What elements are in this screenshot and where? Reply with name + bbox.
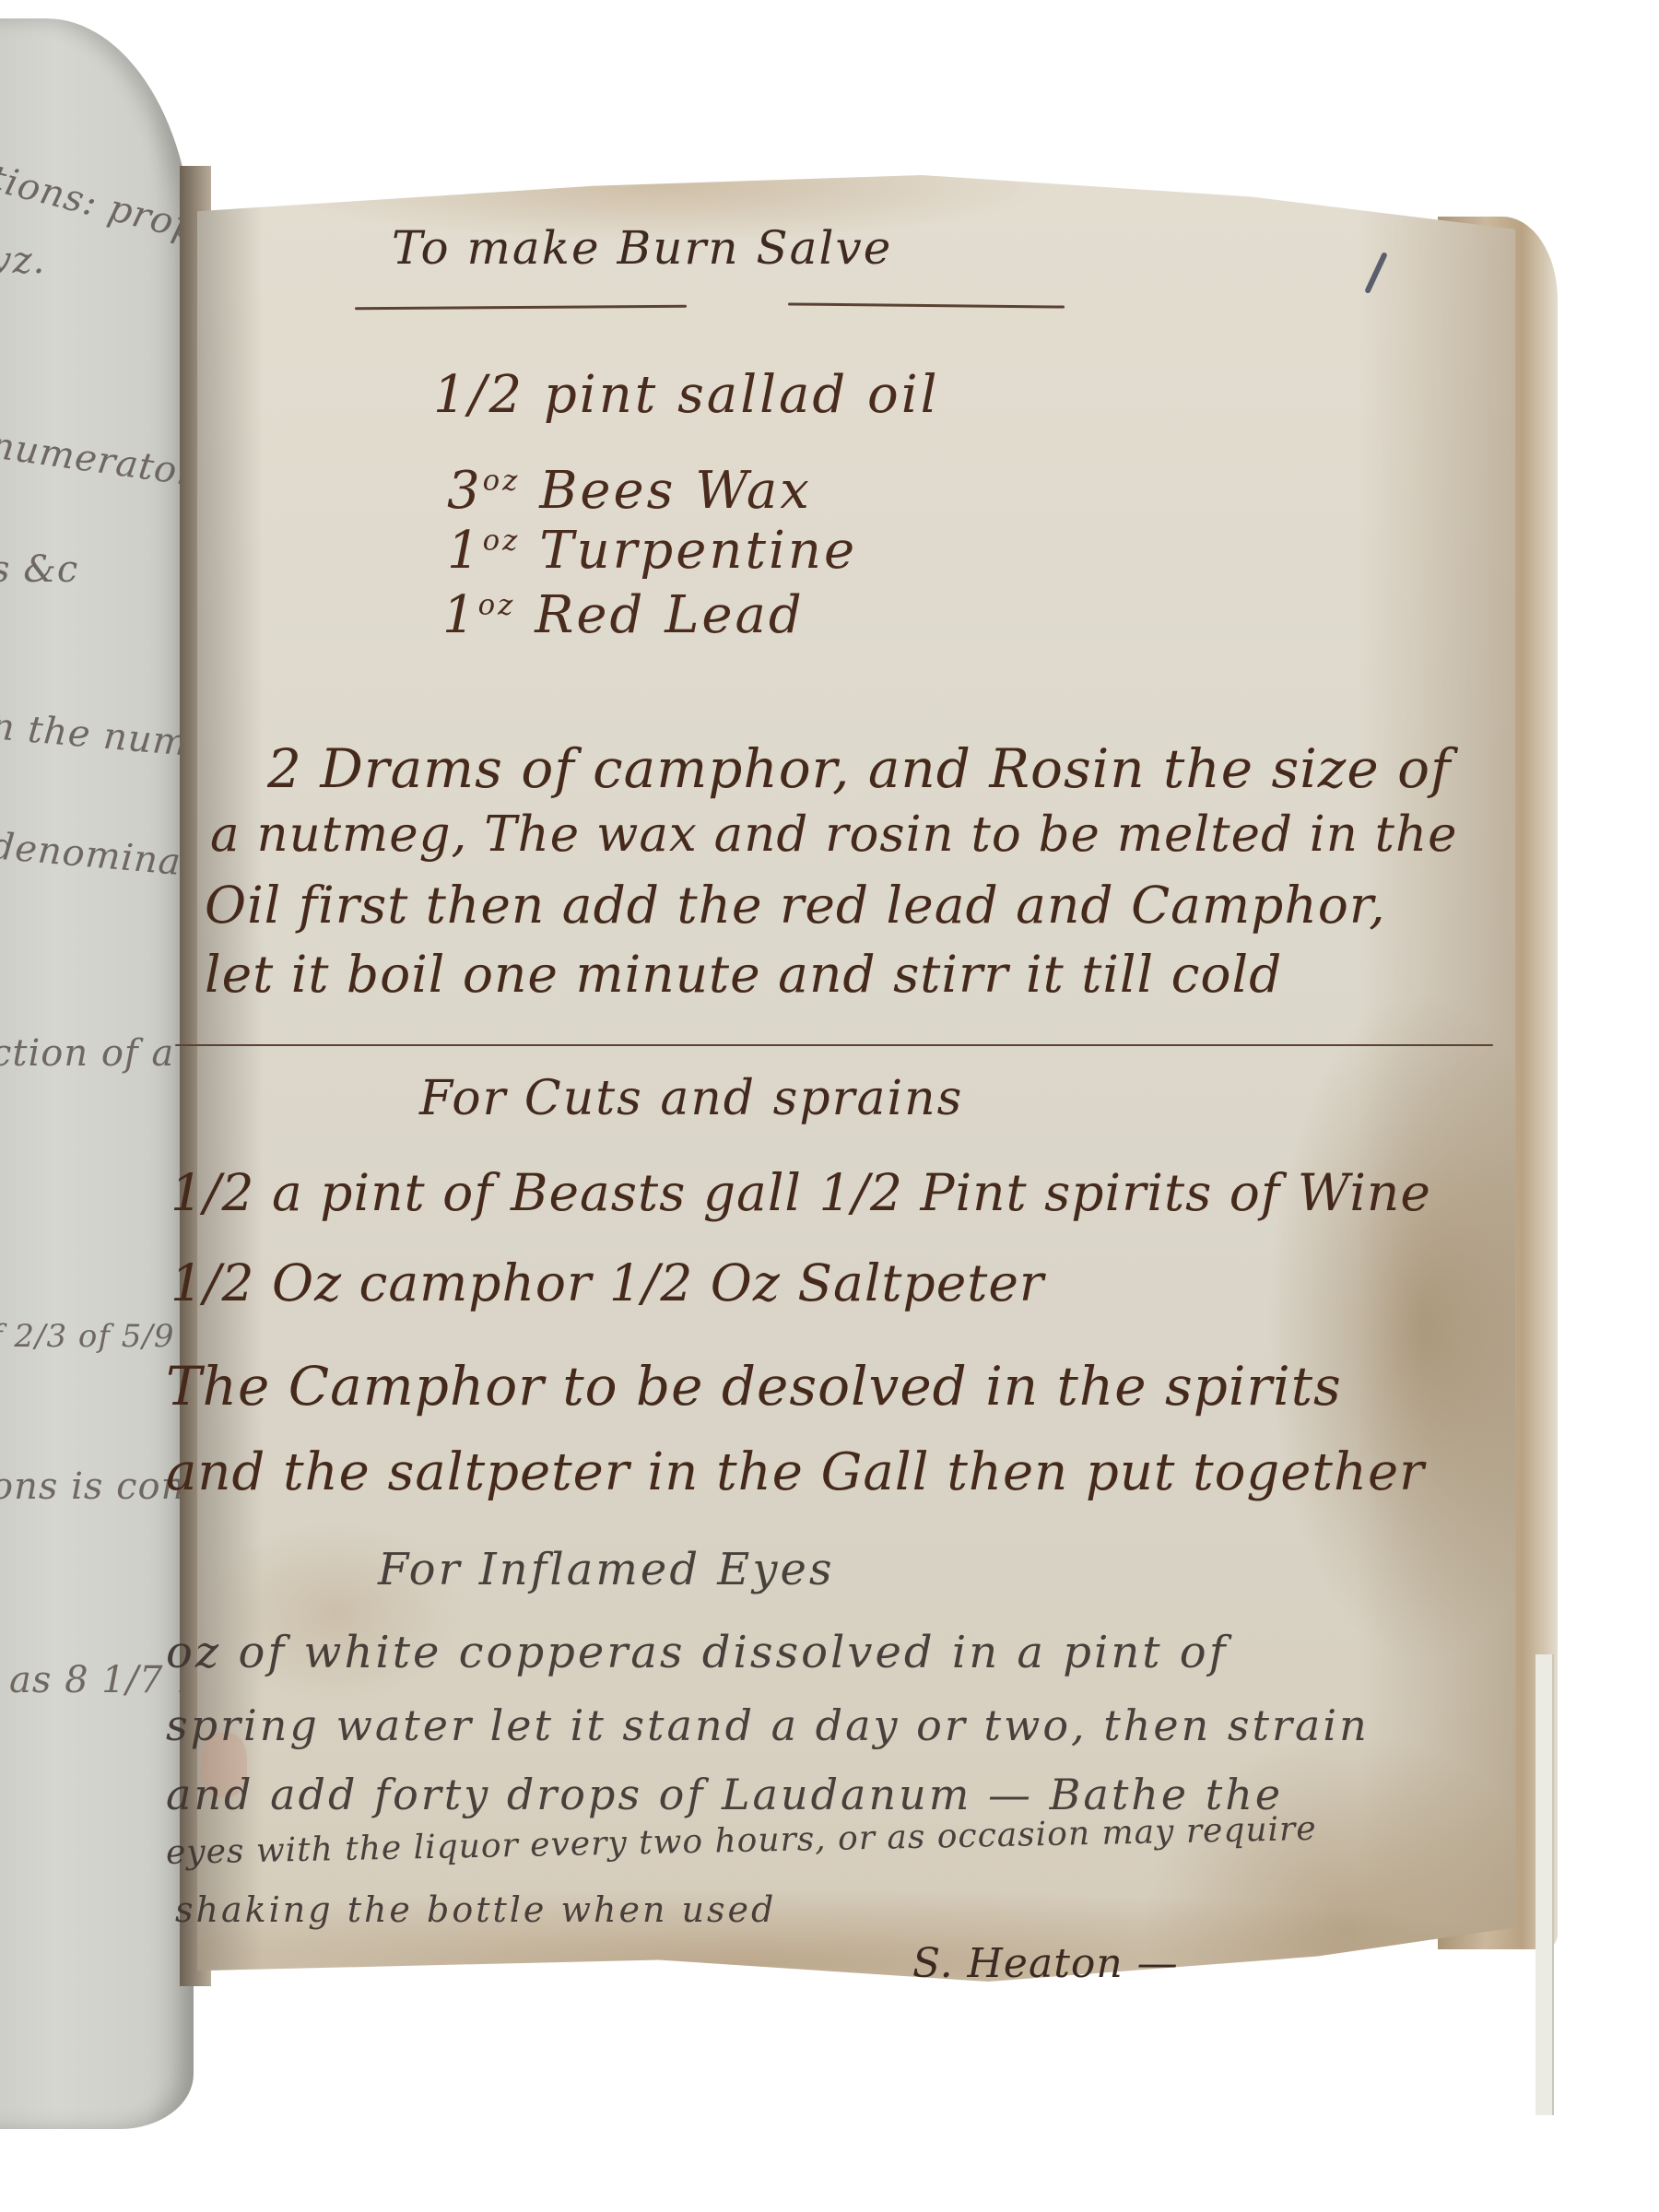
ingredient-text: Bees Wax bbox=[539, 461, 812, 521]
left-page-fragment: ction of a bbox=[0, 1032, 174, 1075]
author-signature: S. Heaton — bbox=[912, 1940, 1179, 1987]
ingredient-line: 1/2 pint sallad oil bbox=[433, 365, 940, 425]
instruction-line: spring water let it stand a day or two, … bbox=[166, 1700, 1370, 1750]
left-page-fragment: vz. bbox=[0, 240, 45, 282]
ingredient-qty: 1 bbox=[442, 585, 478, 645]
ingredient-qty: 1 bbox=[447, 521, 483, 581]
instruction-line: and the saltpeter in the Gall then put t… bbox=[166, 1442, 1425, 1502]
ingredient-unit: oz bbox=[478, 588, 516, 621]
instruction-line: 1/2 a pint of Beasts gall 1/2 Pint spiri… bbox=[171, 1163, 1431, 1222]
instruction-line: 2 Drams of camphor, and Rosin the size o… bbox=[267, 737, 1452, 800]
section-divider bbox=[175, 1044, 1493, 1046]
instruction-line: let it boil one minute and stirr it till… bbox=[205, 945, 1282, 1004]
left-page-fragment: numerator bbox=[0, 424, 198, 495]
instruction-line: oz of white copperas dissolved in a pint… bbox=[166, 1627, 1228, 1678]
instruction-line: a nutmeg, The wax and rosin to be melted… bbox=[210, 806, 1457, 863]
left-facing-page: tions: propor vz. numerator s &c n the n… bbox=[0, 18, 194, 2129]
instruction-line: and add forty drops of Laudanum — Bathe … bbox=[166, 1770, 1283, 1819]
ingredient-line: 3oz Bees Wax bbox=[447, 461, 812, 521]
instruction-line: Oil first then add the red lead and Camp… bbox=[205, 876, 1386, 935]
instruction-line: 1/2 Oz camphor 1/2 Oz Saltpeter bbox=[171, 1253, 1044, 1312]
ingredient-qty: 3 bbox=[447, 461, 483, 521]
recipe-title-cuts-sprains: For Cuts and sprains bbox=[419, 1071, 963, 1126]
left-page-fragment: ons is con bbox=[0, 1465, 185, 1508]
ingredient-text: Turpentine bbox=[539, 521, 857, 581]
instruction-line: The Camphor to be desolved in the spirit… bbox=[166, 1355, 1342, 1418]
instruction-line: shaking the bottle when used bbox=[175, 1889, 776, 1930]
ingredient-qty: 1/2 bbox=[433, 365, 524, 425]
ingredient-unit: oz bbox=[483, 464, 521, 497]
ingredient-line: 1oz Red Lead bbox=[442, 585, 805, 645]
left-page-fragment: s &c bbox=[0, 548, 78, 591]
ingredient-text: pint sallad oil bbox=[544, 365, 940, 425]
manuscript-photo: tions: propor vz. numerator s &c n the n… bbox=[0, 0, 1659, 2212]
ingredient-line: 1oz Turpentine bbox=[447, 521, 857, 581]
left-page-fragment: n the num bbox=[0, 705, 190, 765]
ingredient-unit: oz bbox=[483, 524, 521, 557]
recipe-title-inflamed-eyes: For Inflamed Eyes bbox=[378, 1544, 835, 1595]
recipe-title-burn-salve: To make Burn Salve bbox=[392, 221, 892, 275]
ingredient-text: Red Lead bbox=[535, 585, 805, 645]
